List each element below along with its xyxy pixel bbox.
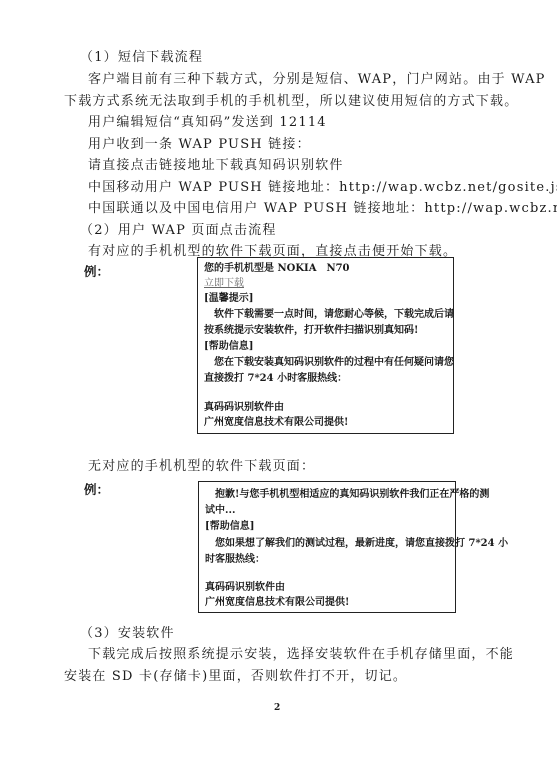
matched-download-page-box: 您的手机机型是 NOKIA N70 立即下载 [温馨提示] 软件下载需要一点时间… <box>197 257 454 434</box>
provider-line2-2: 广州宽度信息技术有限公司提供! <box>205 596 349 610</box>
provider-line1: 真码码识别软件由 <box>204 401 284 415</box>
model-line: 您的手机机型是 NOKIA N70 <box>204 262 350 276</box>
help-line1-2: 您如果想了解我们的测试过程，最新进度，请您直接拨打 7*24 小 <box>205 537 508 551</box>
help-title-2: [帮助信息] <box>205 520 254 534</box>
sms-instruction: 用户编辑短信“真知码”发送到 12114 <box>88 115 327 131</box>
tips-line2: 按系统提示安装软件，打开软件扫描识别真知码! <box>204 324 418 338</box>
download-now-link[interactable]: 立即下载 <box>204 277 244 291</box>
help-line1: 您在下载安装真知码识别软件的过程中有任何疑问请您 <box>204 356 454 370</box>
help-title: [帮助信息] <box>204 340 253 354</box>
section1-para-line2: 下载方式系统无法取到手机的手机机型，所以建议使用短信的方式下载。 <box>64 94 518 110</box>
provider-line2: 广州宽度信息技术有限公司提供! <box>204 416 348 430</box>
section1-para-line1: 客户端目前有三种下载方式，分别是短信、WAP，门户网站。由于 WAP <box>88 72 546 88</box>
tips-title: [温馨提示] <box>204 292 253 306</box>
provider-line1-2: 真码码识别软件由 <box>205 581 285 595</box>
cmcc-link: 中国移动用户 WAP PUSH 链接地址：http://wap.wcbz.net… <box>88 180 557 196</box>
section3-para-line1: 下载完成后按照系统提示安装，选择安装软件在手机存储里面，不能 <box>88 647 514 663</box>
unicom-link: 中国联通以及中国电信用户 WAP PUSH 链接地址：http://wap.wc… <box>88 201 557 217</box>
help-line2: 直接拨打 7*24 小时客服热线： <box>204 372 347 386</box>
section3-heading: （3）安装软件 <box>80 626 175 642</box>
tips-line1: 软件下载需要一点时间，请您耐心等候，下载完成后请 <box>204 308 454 322</box>
section3-para-line2: 安装在 SD 卡(存储卡)里面，否则软件打不开，切记。 <box>64 669 407 685</box>
push-received: 用户收到一条 WAP PUSH 链接： <box>88 137 311 153</box>
page-number: 2 <box>274 703 280 713</box>
unmatched-download-page-box: 抱歉!与您手机机型相适应的真知码识别软件我们正在严格的测 试中... [帮助信息… <box>198 481 456 613</box>
example-label: 例： <box>84 262 109 280</box>
unmatched-description: 无对应的手机机型的软件下载页面： <box>88 459 315 475</box>
sorry-line2: 试中... <box>205 504 235 518</box>
section2-heading: （2）用户 WAP 页面点击流程 <box>80 223 277 239</box>
section1-heading: （1）短信下载流程 <box>80 50 203 66</box>
sorry-line1: 抱歉!与您手机机型相适应的真知码识别软件我们正在严格的测 <box>205 488 489 502</box>
example-label-2: 例： <box>84 480 109 498</box>
help-line2-2: 时客服热线： <box>205 553 265 567</box>
push-message: 请直接点击链接地址下载真知码识别软件 <box>88 158 344 174</box>
